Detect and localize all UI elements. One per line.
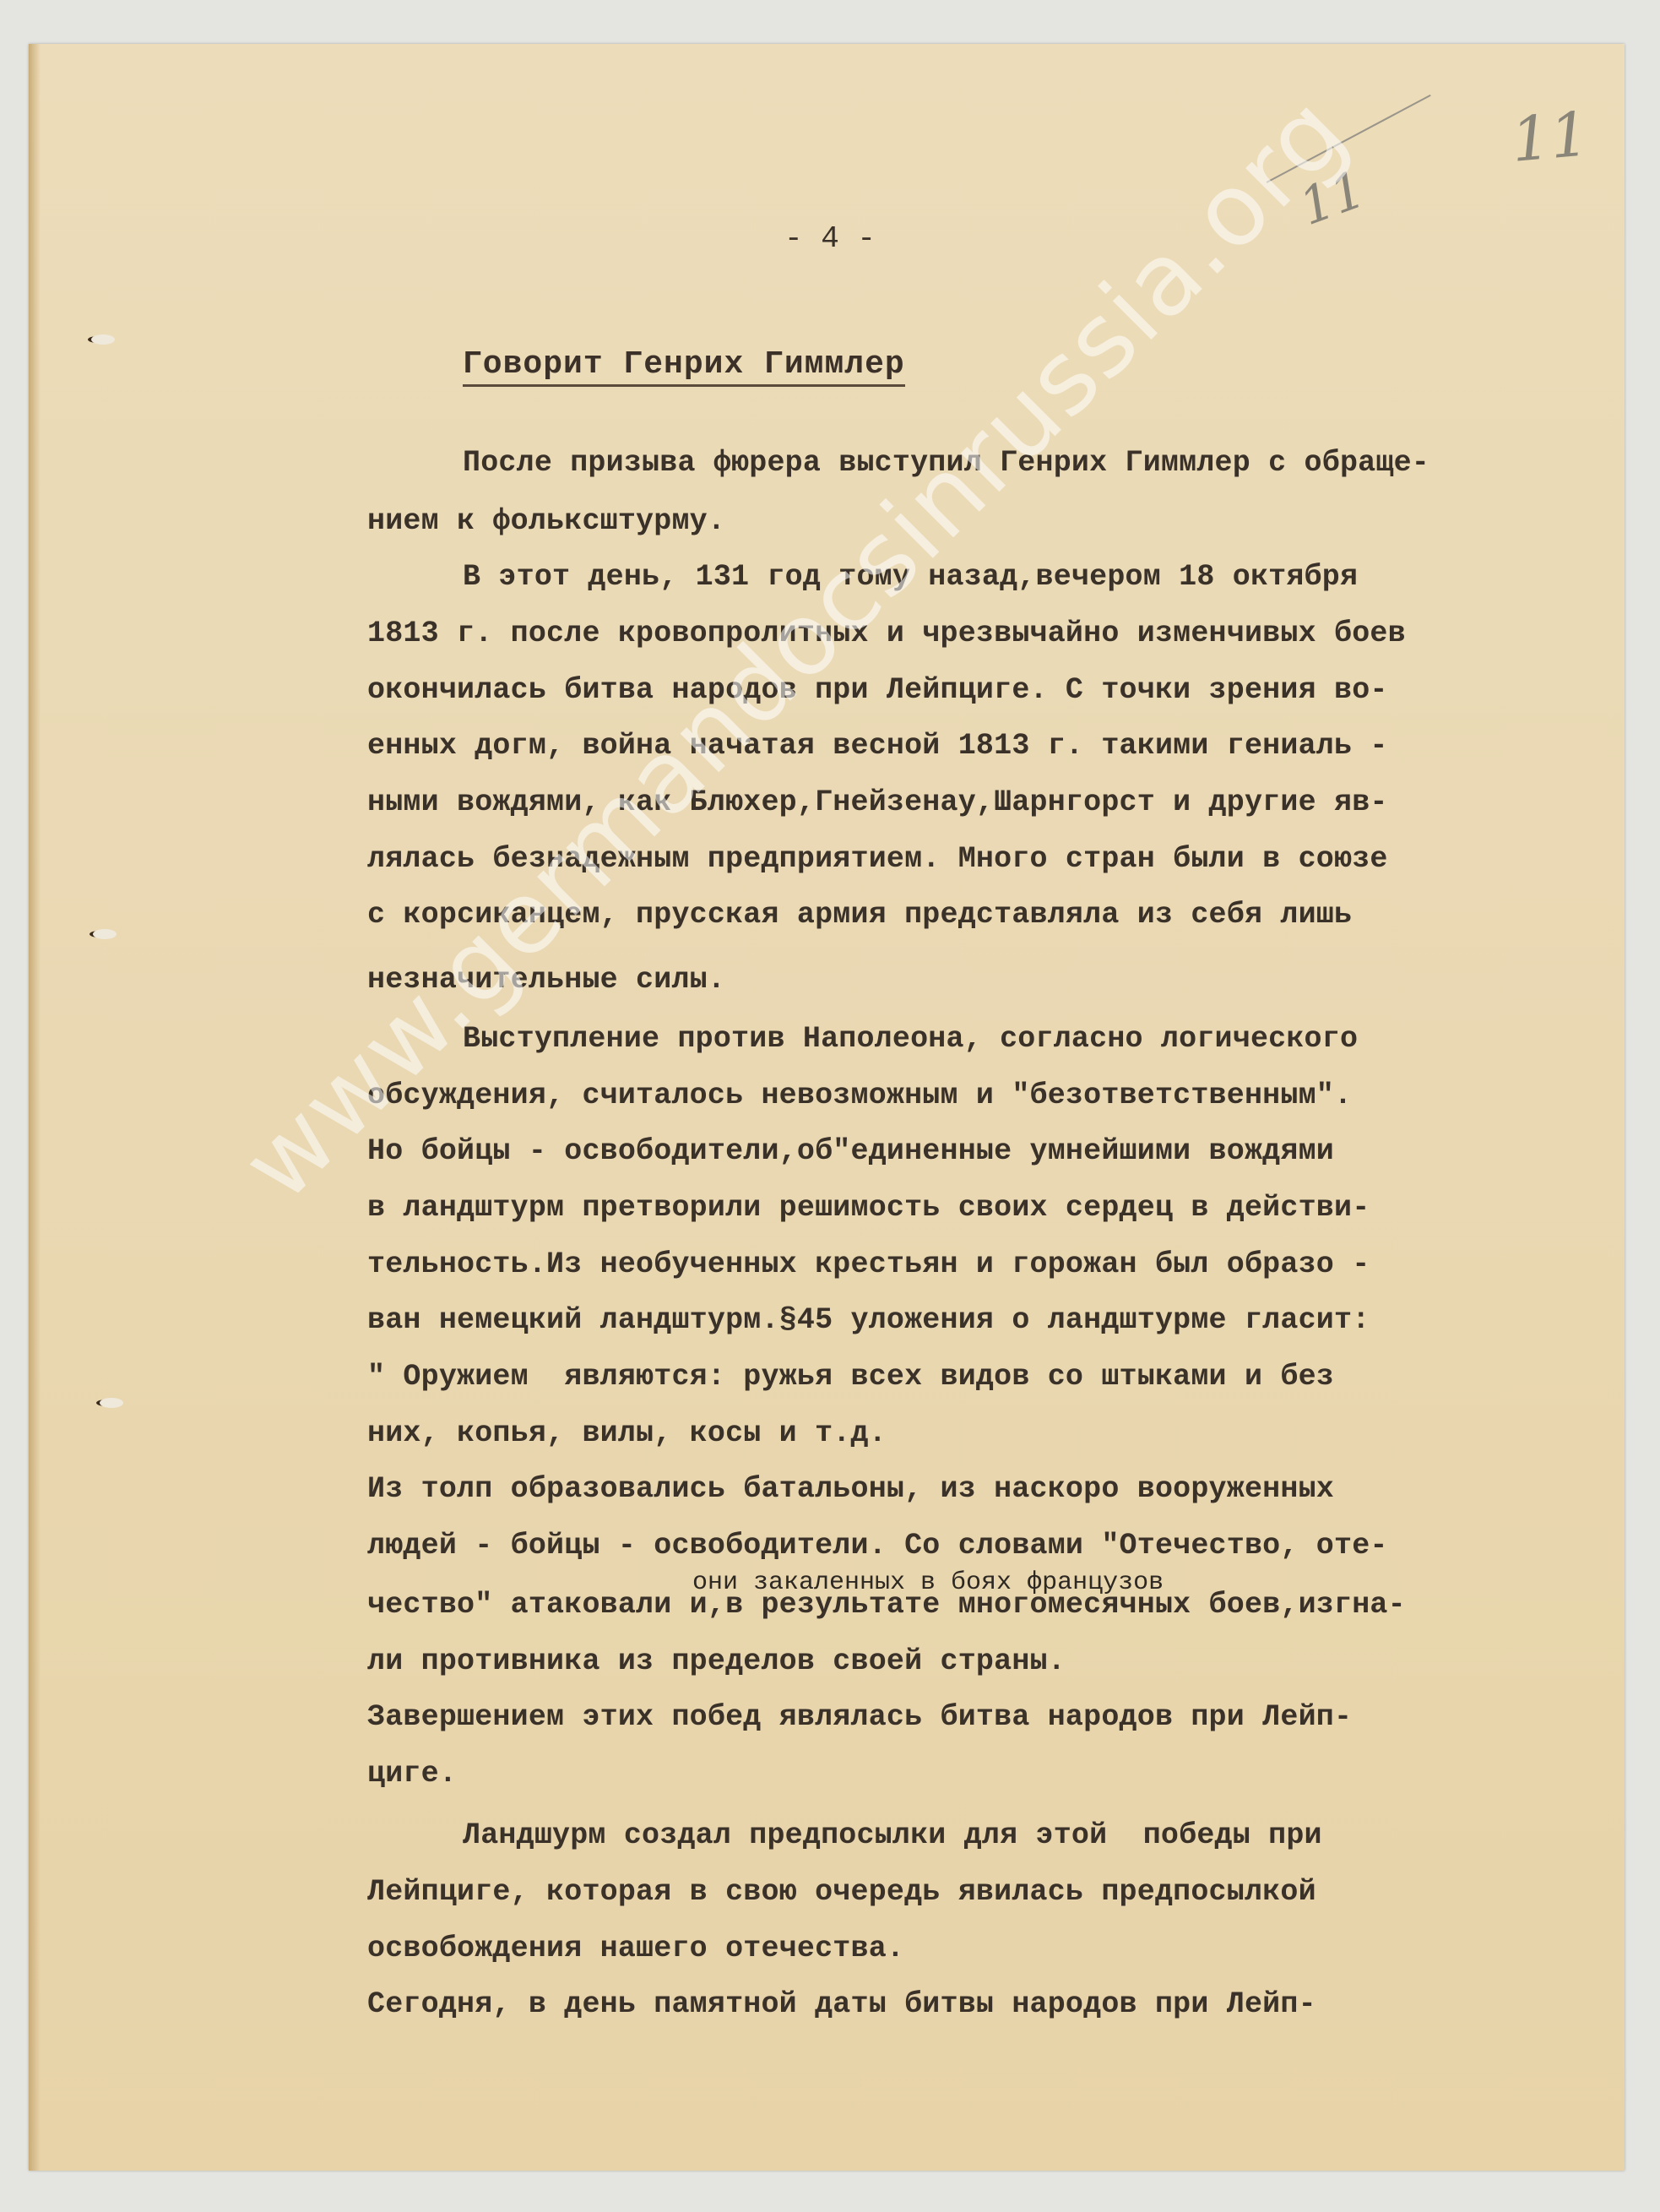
- text-line: людей - бойцы - освободители. Со словами…: [367, 1529, 1388, 1563]
- text-line: лялась безнадежным предприятием. Много с…: [367, 842, 1388, 876]
- page-number: - 4 -: [0, 221, 1660, 256]
- text-line: циге.: [367, 1757, 457, 1791]
- text-line: с корсиканцем, прусская армия представля…: [367, 898, 1352, 932]
- text-line: в ландштурм претворили решимость своих с…: [367, 1191, 1370, 1225]
- text-line: Лейпциге, которая в свою очередь явилась…: [367, 1875, 1316, 1909]
- text-line: Но бойцы - освободители,об"единенные умн…: [367, 1134, 1334, 1168]
- text-line: В этот день, 131 год тому назад,вечером …: [463, 560, 1358, 594]
- text-line: 1813 г. после кровопролитных и чрезвычай…: [367, 617, 1406, 650]
- text-line: освобождения нашего отечества.: [367, 1932, 904, 1965]
- text-line: Сегодня, в день памятной даты битвы наро…: [367, 1987, 1316, 2021]
- text-line: енных догм, война начатая весной 1813 г.…: [367, 729, 1388, 763]
- text-line: После призыва фюрера выступил Генрих Гим…: [463, 446, 1429, 480]
- text-line: Завершением этих побед являлась битва на…: [367, 1700, 1352, 1734]
- text-line: " Оружием являются: ружья всех видов со …: [367, 1360, 1334, 1394]
- text-line: ван немецкий ландштурм.§45 уложения о ла…: [367, 1303, 1370, 1337]
- pencil-folio-mark: 11: [1509, 98, 1592, 176]
- binding-hole: [93, 929, 117, 939]
- text-line: Из толп образовались батальоны, из наско…: [367, 1472, 1334, 1506]
- text-line: ными вождями, как Блюхер,Гнейзенау,Шарнг…: [367, 785, 1388, 819]
- text-line: тельность.Из необученных крестьян и горо…: [367, 1247, 1370, 1281]
- binding-hole: [91, 334, 115, 345]
- binding-hole: [100, 1398, 123, 1408]
- interlinear-insertion: они закаленных в боях французов: [692, 1568, 1164, 1597]
- text-line: нием к фольксштурму.: [367, 504, 725, 538]
- text-line: них, копья, вилы, косы и т.д.: [367, 1416, 887, 1450]
- text-line: Ландшурм создал предпосылки для этой поб…: [463, 1818, 1322, 1852]
- text-line: Выступление против Наполеона, согласно л…: [463, 1022, 1358, 1056]
- section-heading: Говорит Генрих Гиммлер: [463, 346, 905, 387]
- text-line: окончилась битва народов при Лейпциге. С…: [367, 673, 1388, 707]
- text-line: незначительные силы.: [367, 963, 725, 997]
- text-line: обсуждения, считалось невозможным и "без…: [367, 1079, 1352, 1112]
- text-line: ли противника из пределов своей страны.: [367, 1644, 1066, 1678]
